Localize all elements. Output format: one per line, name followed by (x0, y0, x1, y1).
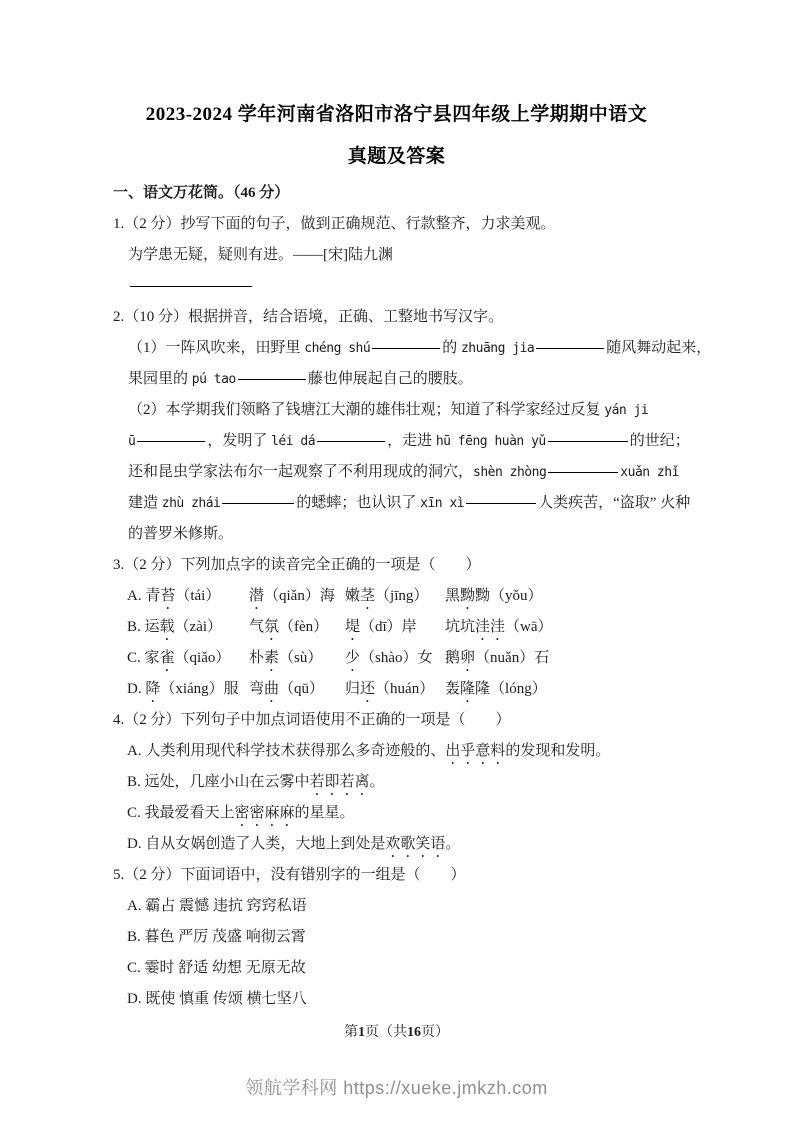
q3-c-word-1: C. 家雀（qiǎo） (127, 643, 249, 674)
q2-line-1: （1）一阵风吹来，田野里 chéng shú 的 zhuāng jia 随风舞动… (113, 333, 721, 364)
q2-line-2: 果园里的 pú tao 藤也伸展起自己的腰肢。 (113, 364, 721, 395)
q3-option-a: A. 青苔（tái） 潜（qiǎn）海 嫩茎（jīng） 黑黝黝（yǒu） (113, 581, 721, 612)
q3-a-word-2: 潜（qiǎn）海 (249, 581, 345, 612)
q3-option-b: B. 运载（zài） 气氛（fèn） 堤（dī）岸 坑坑洼洼（wā） (113, 612, 721, 643)
q3-c-word-4: 鹅卵（nuǎn）石 (445, 643, 721, 674)
title-line-1: 2023-2024 学年河南省洛阳市洛宁县四年级上学期期中语文 (0, 94, 793, 136)
q3-a-word-3: 嫩茎（jīng） (345, 581, 445, 612)
q5-option-c: C. 霎时 舒适 幼想 无原无故 (113, 953, 721, 984)
q2-line-6: 建造 zhù zhái 的蟋蟀；也认识了 xīn xì 人类疾苦，“盗取” 火种 (113, 488, 721, 519)
q3-c-word-2: 朴素（sù） (249, 643, 345, 674)
q3-d-word-2: 弯曲（qū） (249, 674, 345, 705)
q4-option-a: A. 人类利用现代科学技术获得那么多奇迹般的、出乎意料的发现和发明。 (113, 736, 721, 767)
exam-content: 一、语文万花筒。（46 分） 1.（2 分）抄写下面的句子，做到正确规范、行款整… (0, 178, 793, 1015)
q5-option-a: A. 霸占 震憾 违抗 窍窍私语 (113, 891, 721, 922)
q5-stem: 5.（2 分）下面词语中，没有错别字的一组是（ ） (113, 860, 721, 891)
q3-b-word-4: 坑坑洼洼（wā） (445, 612, 721, 643)
q3-d-word-3: 归还（huán） (345, 674, 445, 705)
q1-quote: 为学患无疑，疑则有进。——[宋]陆九渊 (113, 240, 721, 271)
q4-stem: 4.（2 分）下列句子中加点词语使用不正确的一项是（ ） (113, 705, 721, 736)
q3-d-word-4: 轰隆隆（lóng） (445, 674, 721, 705)
q1-stem: 1.（2 分）抄写下面的句子，做到正确规范、行款整齐，力求美观。 (113, 209, 721, 240)
document-title: 2023-2024 学年河南省洛阳市洛宁县四年级上学期期中语文 真题及答案 (0, 94, 793, 178)
q5-option-d: D. 既使 慎重 传颂 横七坚八 (113, 984, 721, 1015)
q1-answer-blank (113, 271, 721, 302)
q2-stem: 2.（10 分）根据拼音，结合语境，正确、工整地书写汉字。 (113, 302, 721, 333)
q2-line-5: 还和昆虫学家法布尔一起观察了不利用现成的洞穴，shèn zhòng xuǎn z… (113, 457, 721, 488)
watermark-text: 领航学科网 https://xueke.jmkzh.com (0, 1074, 793, 1100)
q5-option-b: B. 暮色 严厉 茂盛 响彻云霄 (113, 922, 721, 953)
q2-line-4: ū ，发明了 léi dá ，走进 hū fēng huàn yǔ 的世纪； (113, 426, 721, 457)
q2-line-3: （2）本学期我们领略了钱塘江大潮的雄伟壮观；知道了科学家经过反复 yán ji (113, 395, 721, 426)
q3-b-word-2: 气氛（fèn） (249, 612, 345, 643)
q3-a-word-4: 黑黝黝（yǒu） (445, 581, 721, 612)
q3-option-d: D. 降（xiáng）服 弯曲（qū） 归还（huán） 轰隆隆（lóng） (113, 674, 721, 705)
q4-option-b: B. 远处，几座小山在云雾中若即若离。 (113, 767, 721, 798)
q2-line-7: 的普罗米修斯。 (113, 519, 721, 550)
q3-c-word-3: 少（shào）女 (345, 643, 445, 674)
title-line-2: 真题及答案 (0, 136, 793, 178)
exam-paper-page: 2023-2024 学年河南省洛阳市洛宁县四年级上学期期中语文 真题及答案 一、… (0, 0, 793, 1122)
q4-option-d: D. 自从女娲创造了人类，大地上到处是欢歌笑语。 (113, 829, 721, 860)
q3-d-word-1: D. 降（xiáng）服 (127, 674, 249, 705)
q3-a-word-1: A. 青苔（tái） (127, 581, 249, 612)
page-number: 第1页（共16页） (0, 1017, 793, 1048)
q3-option-c: C. 家雀（qiǎo） 朴素（sù） 少（shào）女 鹅卵（nuǎn）石 (113, 643, 721, 674)
q3-b-word-1: B. 运载（zài） (127, 612, 249, 643)
q4-option-c: C. 我最爱看天上密密麻麻的星星。 (113, 798, 721, 829)
section-heading: 一、语文万花筒。（46 分） (113, 178, 721, 209)
q3-b-word-3: 堤（dī）岸 (345, 612, 445, 643)
q3-stem: 3.（2 分）下列加点字的读音完全正确的一项是（ ） (113, 550, 721, 581)
